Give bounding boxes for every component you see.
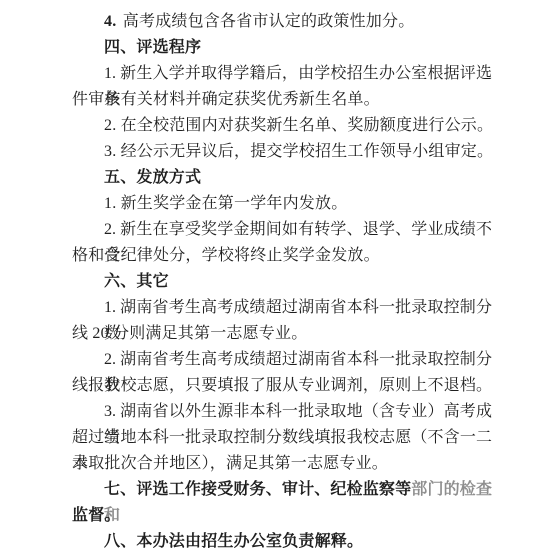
- heading-supervision-continuation: 监督。: [72, 503, 492, 529]
- heading-distribution-method: 五、发放方式: [72, 165, 492, 191]
- doc-line: 3. 湖南省以外生源非本科一批录取地（含专业）高考成绩: [72, 399, 492, 425]
- doc-line: 1. 新生奖学金在第一学年内发放。: [72, 191, 492, 217]
- line-text: 高考成绩包含各省市认定的政策性加分。: [123, 13, 415, 30]
- doc-line-item4: 4.高考成绩包含各省市认定的政策性加分。: [72, 9, 492, 35]
- doc-line: 超过当地本科一批录取控制分数线填报我校志愿（不含一二本: [72, 425, 492, 451]
- doc-line: 格和受纪律处分，学校将终止奖学金发放。: [72, 243, 492, 269]
- doc-line: 线 20 分则满足其第一志愿专业。: [72, 321, 492, 347]
- doc-line: 2. 湖南省考生高考成绩超过湖南省本科一批录取控制分数: [72, 347, 492, 373]
- doc-line: 1. 湖南省考生高考成绩超过湖南省本科一批录取控制分数: [72, 295, 492, 321]
- item-number: 4.: [104, 13, 116, 30]
- line-text: 七、评选工作接受财务、审计、纪检监察等: [104, 481, 411, 498]
- heading-others: 六、其它: [72, 269, 492, 295]
- scanned-document-page: 4.高考成绩包含各省市认定的政策性加分。 四、评选程序 1. 新生入学并取得学籍…: [0, 0, 548, 559]
- document-text-block: 4.高考成绩包含各省市认定的政策性加分。 四、评选程序 1. 新生入学并取得学籍…: [72, 9, 492, 555]
- heading-interpretation: 八、本办法由招生办公室负责解释。: [72, 529, 492, 555]
- heading-supervision: 七、评选工作接受财务、审计、纪检监察等部门的检查和: [72, 477, 492, 503]
- doc-line: 1. 新生入学并取得学籍后，由学校招生办公室根据评选条: [72, 61, 492, 87]
- doc-line: 件审核有关材料并确定获奖优秀新生名单。: [72, 87, 492, 113]
- heading-evaluation-procedure: 四、评选程序: [72, 35, 492, 61]
- doc-line: 录取批次合并地区），满足其第一志愿专业。: [72, 451, 492, 477]
- doc-line: 3. 经公示无异议后，提交学校招生工作领导小组审定。: [72, 139, 492, 165]
- doc-line: 2. 新生在享受奖学金期间如有转学、退学、学业成绩不合: [72, 217, 492, 243]
- doc-line: 2. 在全校范围内对获奖新生名单、奖励额度进行公示。: [72, 113, 492, 139]
- doc-line: 线报我校志愿，只要填报了服从专业调剂，原则上不退档。: [72, 373, 492, 399]
